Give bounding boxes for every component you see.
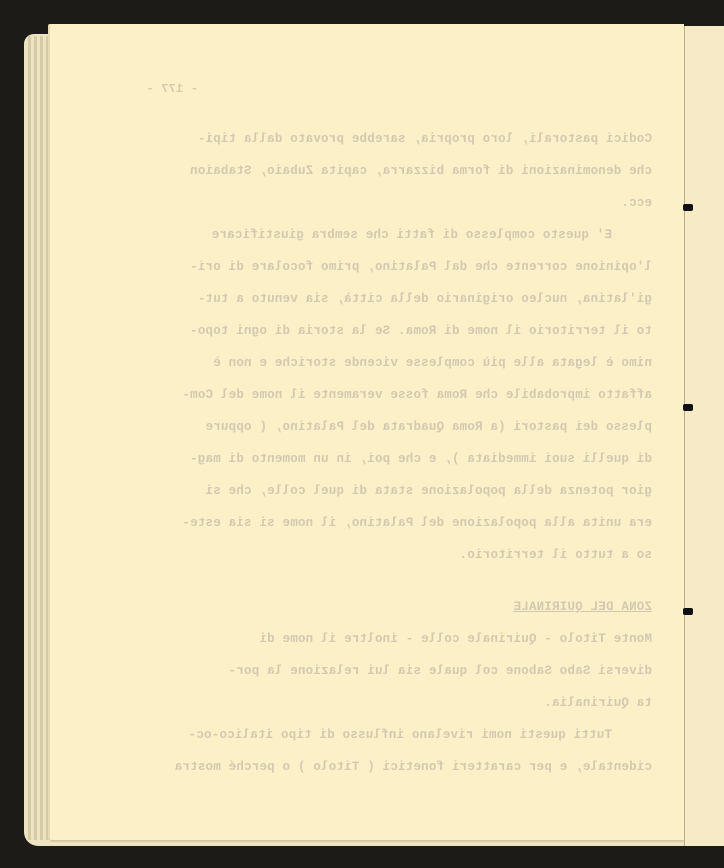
text-line: E' questo complesso di fatti che sembra … (212, 228, 612, 242)
text-line: era unita alla popolazione del Palatino,… (182, 516, 652, 530)
page-number: - 177 - (146, 82, 198, 96)
text-line: che denominazioni di forma bizzarra, cap… (190, 164, 652, 178)
text-line: affatto improbabile che Roma fosse veram… (182, 388, 652, 402)
section-heading: ZONA DEL QUIRINALE (513, 600, 652, 614)
text-line: cidentale, e per caratteri fonetici ( Ti… (175, 760, 652, 774)
binding-hole (683, 404, 693, 411)
page-edge (40, 36, 43, 840)
document-page: - 177 - Codici pastorali, loro propria, … (50, 24, 684, 840)
text-line: Tutti questi nomi rivelano influsso di t… (188, 728, 612, 742)
text-line: nimo è legata alle più complesse vicende… (213, 356, 652, 370)
text-line: ta Quirinalia. (544, 696, 652, 710)
text-line: ecc. (621, 196, 652, 210)
text-line: plesso dei pastori (a Roma Quadrata del … (205, 420, 652, 434)
text-line: di quelli suoi immediata ), e che poi, i… (190, 452, 652, 466)
page-edge (34, 36, 37, 840)
text-line: Monte Titolo - Quirinale colle - inoltre… (259, 632, 652, 646)
text-line: diversi Sabo Sabone col quale sia lui re… (228, 664, 652, 678)
text-line: so a tutto il territorio. (459, 548, 652, 562)
text-line: to il territorio il nome di Roma. Se la … (190, 324, 652, 338)
page-edge (46, 36, 49, 840)
binding-hole (683, 608, 693, 615)
mirrored-text-layer: - 177 - Codici pastorali, loro propria, … (50, 24, 684, 840)
text-line: gi'latina, nucleo originario della città… (198, 292, 652, 306)
facing-page-edge (684, 26, 724, 846)
text-line: l'opinione corrente che dal Palatino, pr… (190, 260, 652, 274)
text-line: gior potenza della popolazione stata di … (205, 484, 652, 498)
binding-hole (683, 204, 693, 211)
text-line: Codici pastorali, loro propria, sarebbe … (198, 132, 652, 146)
page-edge (28, 36, 31, 840)
